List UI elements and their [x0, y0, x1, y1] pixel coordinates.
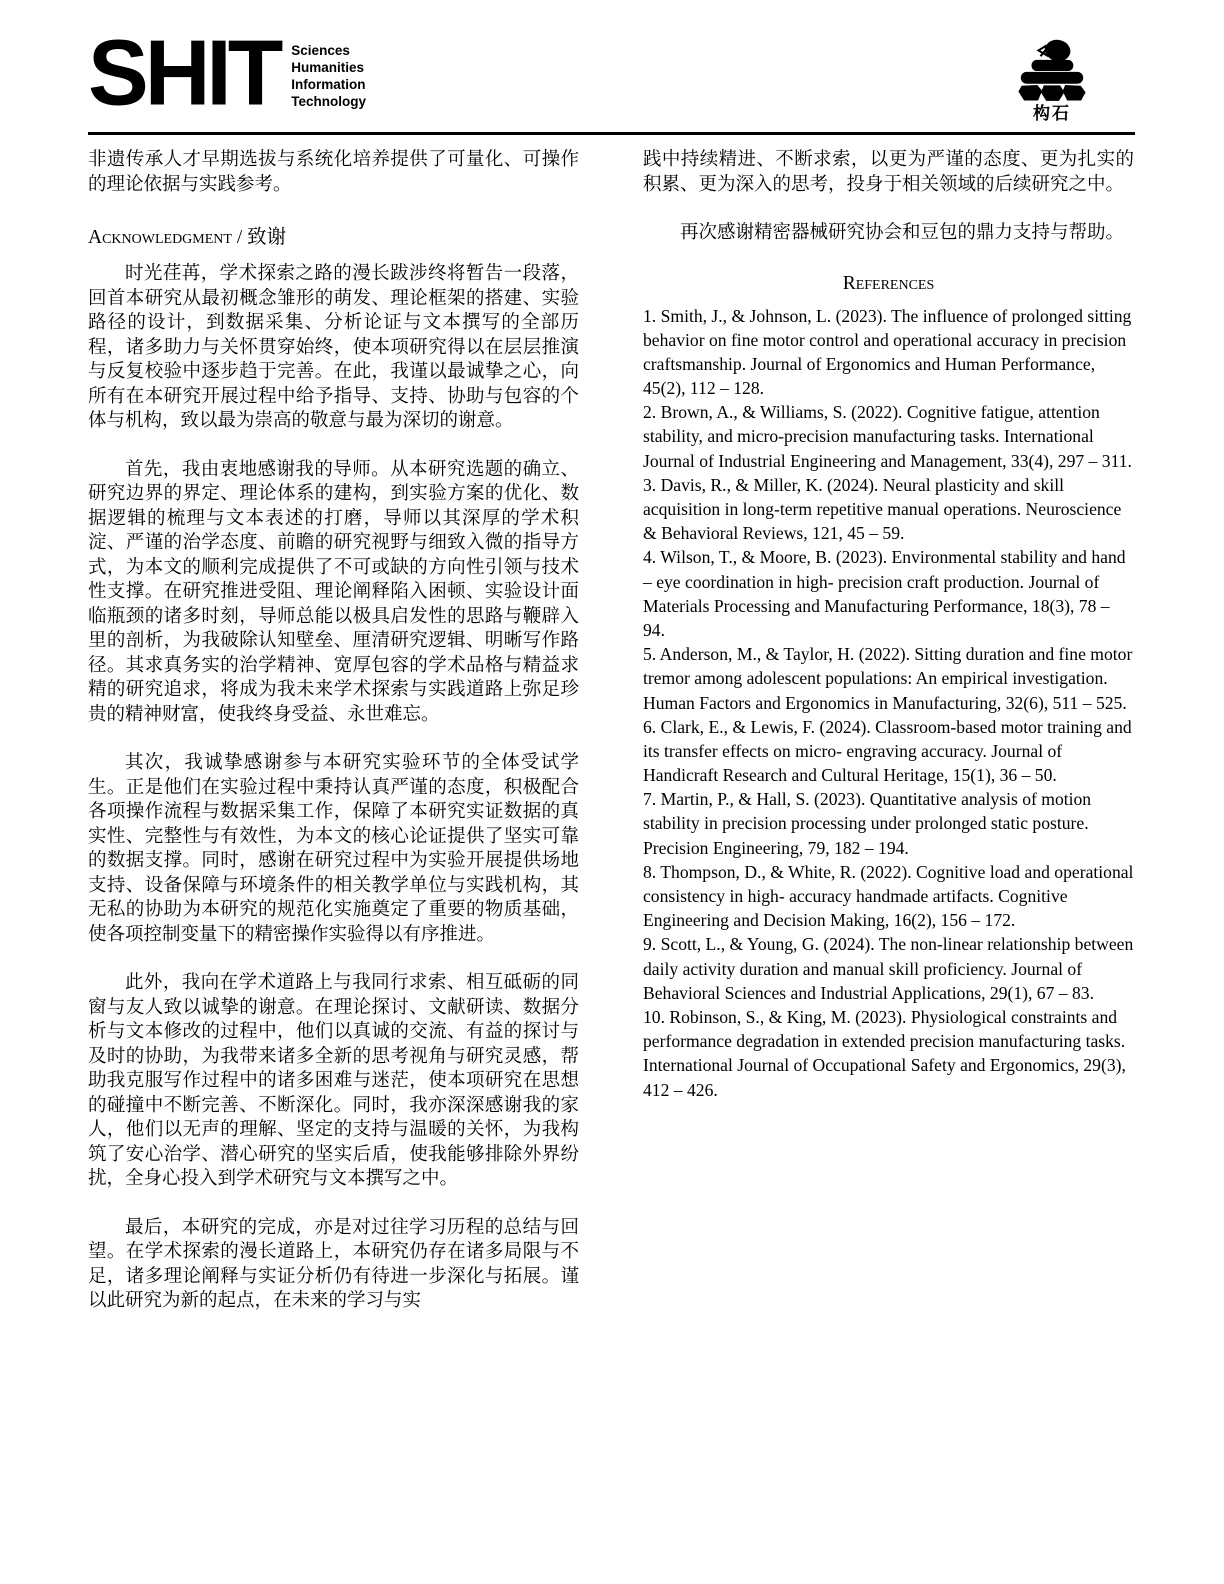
reference-entry: 9. Scott, L., & Young, G. (2024). The no…: [643, 932, 1134, 1005]
acknowledgment-paragraphs: 时光荏苒，学术探索之路的漫长跋涉终将暂告一段落，回首本研究从最初概念雏形的萌发、…: [88, 262, 579, 1314]
reference-entry: 3. Davis, R., & Miller, K. (2024). Neura…: [643, 473, 1134, 546]
acknowledgment-continuation-paragraph: 践中持续精进、不断求索，以更为严谨的态度、更为扎实的积累、更为深入的思考，投身于…: [643, 148, 1134, 197]
journal-logo: SHIT SciencesHumanitiesInformationTechno…: [88, 36, 366, 111]
reference-entry: 4. Wilson, T., & Moore, B. (2023). Envir…: [643, 545, 1134, 642]
journal-logo-words: SciencesHumanitiesInformationTechnology: [291, 36, 366, 110]
references-list: 1. Smith, J., & Johnson, L. (2023). The …: [643, 304, 1134, 1102]
reference-entry: 8. Thompson, D., & White, R. (2022). Cog…: [643, 860, 1134, 933]
acknowledgment-paragraph: 时光荏苒，学术探索之路的漫长跋涉终将暂告一段落，回首本研究从最初概念雏形的萌发、…: [88, 262, 579, 434]
reference-entry: 1. Smith, J., & Johnson, L. (2023). The …: [643, 304, 1134, 401]
paper-page: SHIT SciencesHumanitiesInformationTechno…: [0, 0, 1224, 1584]
publisher-name: 构石: [1009, 104, 1095, 124]
acknowledgment-paragraph: 其次，我诚挚感谢参与本研究实验环节的全体受试学生。正是他们在实验过程中秉持认真严…: [88, 751, 579, 947]
acknowledgment-thanks-paragraph: 再次感谢精密器械研究协会和豆包的鼎力支持与帮助。: [643, 221, 1134, 246]
acknowledgment-paragraph: 最后，本研究的完成，亦是对过往学习历程的总结与回望。在学术探索的漫长道路上，本研…: [88, 1216, 579, 1314]
reference-entry: 10. Robinson, S., & King, M. (2023). Phy…: [643, 1005, 1134, 1102]
page-header: SHIT SciencesHumanitiesInformationTechno…: [88, 36, 1135, 128]
cairn-stones-icon: [1011, 38, 1093, 104]
reference-entry: 5. Anderson, M., & Taylor, H. (2022). Si…: [643, 642, 1134, 715]
acknowledgment-heading: Acknowledgment / 致谢: [88, 221, 579, 249]
reference-entry: 7. Martin, P., & Hall, S. (2023). Quanti…: [643, 787, 1134, 860]
journal-logo-acronym: SHIT: [88, 36, 279, 112]
header-divider: [88, 132, 1135, 135]
page-body: 非遗传承人才早期选拔与系统化培养提供了可量化、可操作的理论依据与实践参考。 Ac…: [88, 148, 1135, 1338]
reference-entry: 2. Brown, A., & Williams, S. (2022). Cog…: [643, 400, 1134, 473]
publisher-logo: 构石: [1009, 36, 1095, 124]
right-column: 践中持续精进、不断求索，以更为严谨的态度、更为扎实的积累、更为深入的思考，投身于…: [643, 148, 1134, 1338]
left-column: 非遗传承人才早期选拔与系统化培养提供了可量化、可操作的理论依据与实践参考。 Ac…: [88, 148, 579, 1338]
journal-logo-word: Information: [291, 76, 366, 93]
journal-logo-word: Humanities: [291, 59, 366, 76]
journal-logo-word: Sciences: [291, 42, 366, 59]
journal-logo-word: Technology: [291, 93, 366, 110]
reference-entry: 6. Clark, E., & Lewis, F. (2024). Classr…: [643, 715, 1134, 788]
acknowledgment-paragraph: 首先，我由衷地感谢我的导师。从本研究选题的确立、研究边界的界定、理论体系的建构，…: [88, 458, 579, 728]
conclusion-continuation-paragraph: 非遗传承人才早期选拔与系统化培养提供了可量化、可操作的理论依据与实践参考。: [88, 148, 579, 197]
references-heading: References: [643, 273, 1134, 295]
acknowledgment-paragraph: 此外，我向在学术道路上与我同行求索、相互砥砺的同窗与友人致以诚挚的谢意。在理论探…: [88, 971, 579, 1192]
